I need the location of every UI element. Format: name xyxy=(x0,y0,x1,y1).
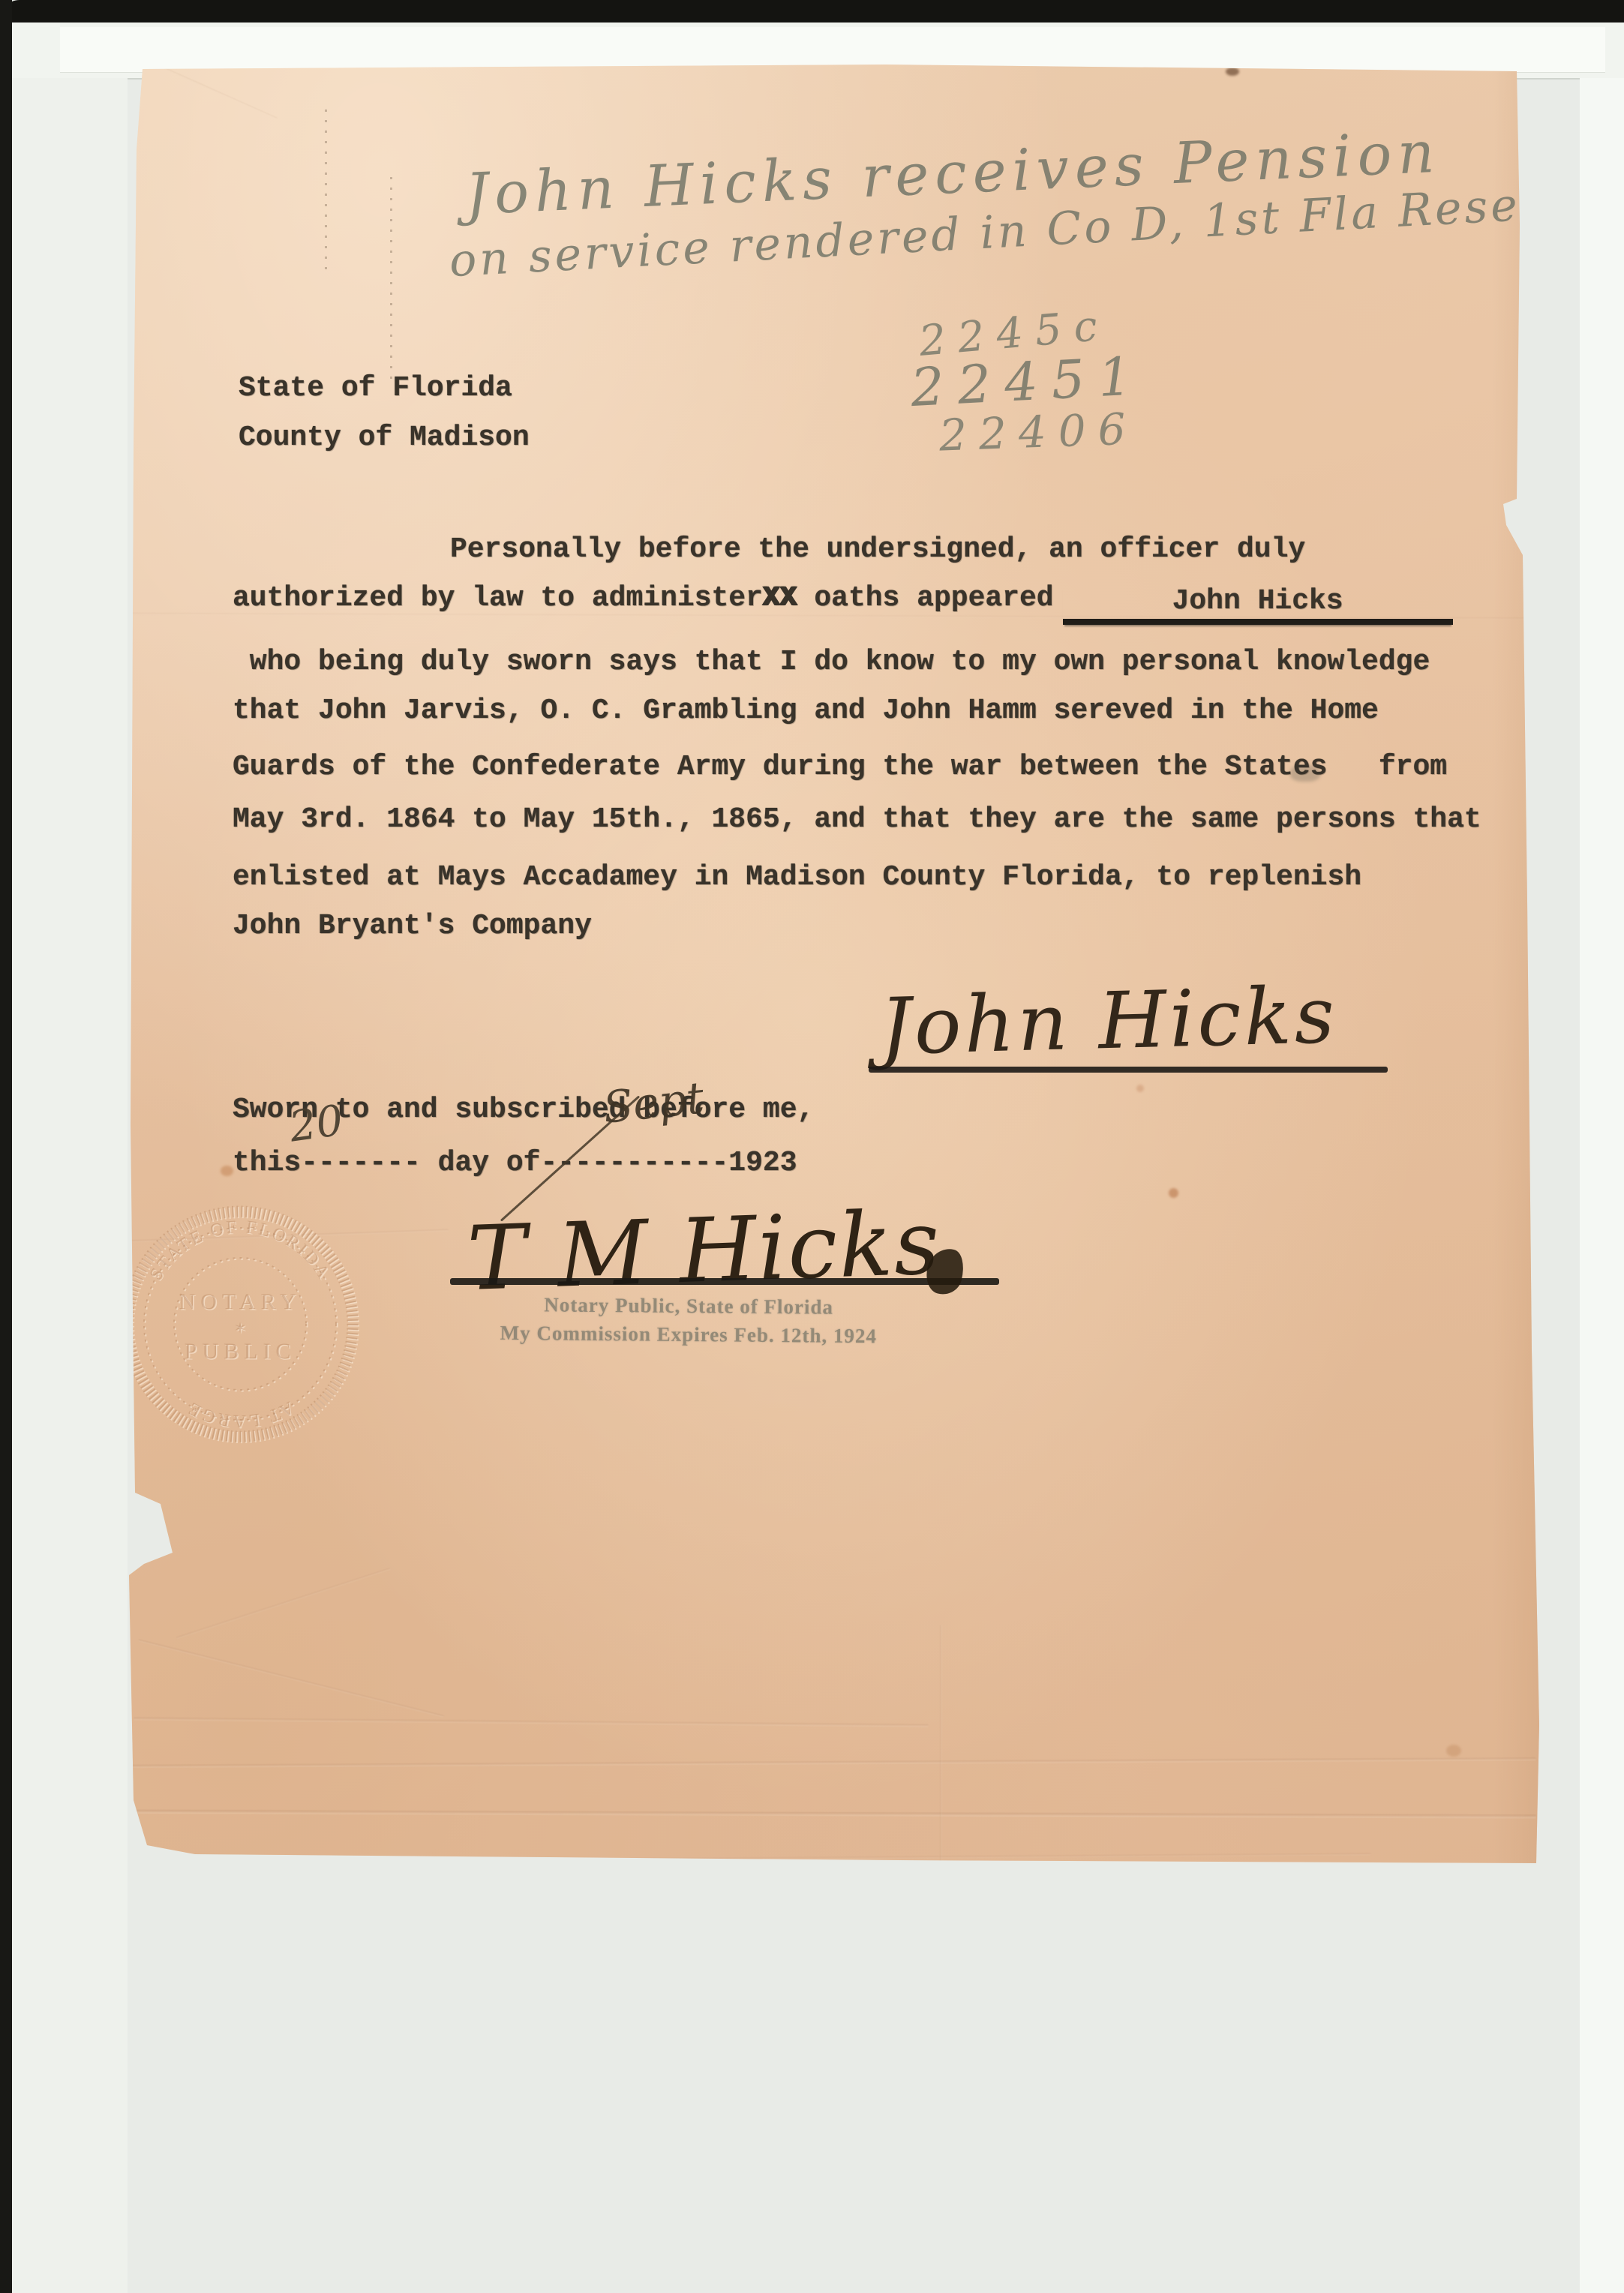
notary-stamp: Notary Public, State of Florida My Commi… xyxy=(471,1289,907,1350)
stamp-line2: My Commission Expires Feb. 12th, 1924 xyxy=(471,1318,906,1350)
body-line: John Bryant's Company xyxy=(233,910,592,942)
document-paper: John Hicks receives Pension on service r… xyxy=(126,65,1542,1870)
body-line: Guards of the Confederate Army during th… xyxy=(233,751,1447,783)
appeared-name: John Hicks xyxy=(1172,585,1343,617)
paper-crease xyxy=(126,1810,1536,1819)
rust-stain xyxy=(1136,1085,1144,1092)
body-line: that John Jarvis, O. C. Grambling and Jo… xyxy=(233,695,1379,727)
seal-center-bottom-text: PUBLIC xyxy=(185,1339,296,1364)
scanner-frame-left xyxy=(0,0,12,2293)
date-line: this------- day of-----------1923 xyxy=(233,1147,797,1179)
seal-star: ✶ xyxy=(234,1320,247,1337)
body-line-text: oaths appeared xyxy=(797,582,1054,614)
paper-crease xyxy=(940,1625,942,1865)
matte-left-column xyxy=(12,78,128,2293)
seal-center-top-text: NOTARY xyxy=(179,1289,302,1314)
notary-signature-line xyxy=(450,1278,999,1285)
body-line-text: authorized by law to administer xyxy=(233,582,763,614)
handwritten-month: Sept xyxy=(601,1072,707,1133)
body-line: Personally before the undersigned, an of… xyxy=(450,533,1305,566)
affiant-signature: John Hicks xyxy=(879,969,1339,1073)
affiant-signature-line xyxy=(869,1067,1388,1073)
matte-right-strip xyxy=(1580,78,1624,2293)
body-line: who being duly sworn says that I do know… xyxy=(233,646,1430,678)
handwritten-day: 20 xyxy=(287,1096,347,1151)
paper-crease xyxy=(176,1568,391,1640)
pencil-speck-column xyxy=(390,177,392,387)
rust-stain xyxy=(1169,1188,1178,1198)
stamp-line1: Notary Public, State of Florida xyxy=(471,1289,906,1322)
paper-crease xyxy=(134,1717,929,1727)
state-line: State of Florida xyxy=(239,372,512,404)
county-line: County of Madison xyxy=(239,422,530,454)
body-line-appeared: authorized by law to administerXX oaths … xyxy=(233,582,1453,622)
notary-embossed-seal: STATE OF FLORIDA AT LARGE NOTARY ✶ PUBLI… xyxy=(113,1196,368,1451)
body-line: enlisted at Mays Accadamey in Madison Co… xyxy=(233,861,1361,893)
rust-stain xyxy=(1446,1745,1461,1757)
appeared-name-blank: John Hicks xyxy=(1063,585,1453,625)
dark-speck xyxy=(1226,68,1239,76)
typed-strikeout: XX xyxy=(763,582,797,614)
paper-crease xyxy=(138,1639,444,1718)
body-line: May 3rd. 1864 to May 15th., 1865, and th… xyxy=(233,803,1481,836)
rust-stain xyxy=(221,1166,233,1176)
paper-crease xyxy=(126,1757,1536,1768)
paper-crease xyxy=(171,1853,1371,1863)
pencil-speck-column xyxy=(325,110,327,275)
case-number-3: 22406 xyxy=(938,403,1139,461)
scanner-frame-top xyxy=(0,0,1624,23)
